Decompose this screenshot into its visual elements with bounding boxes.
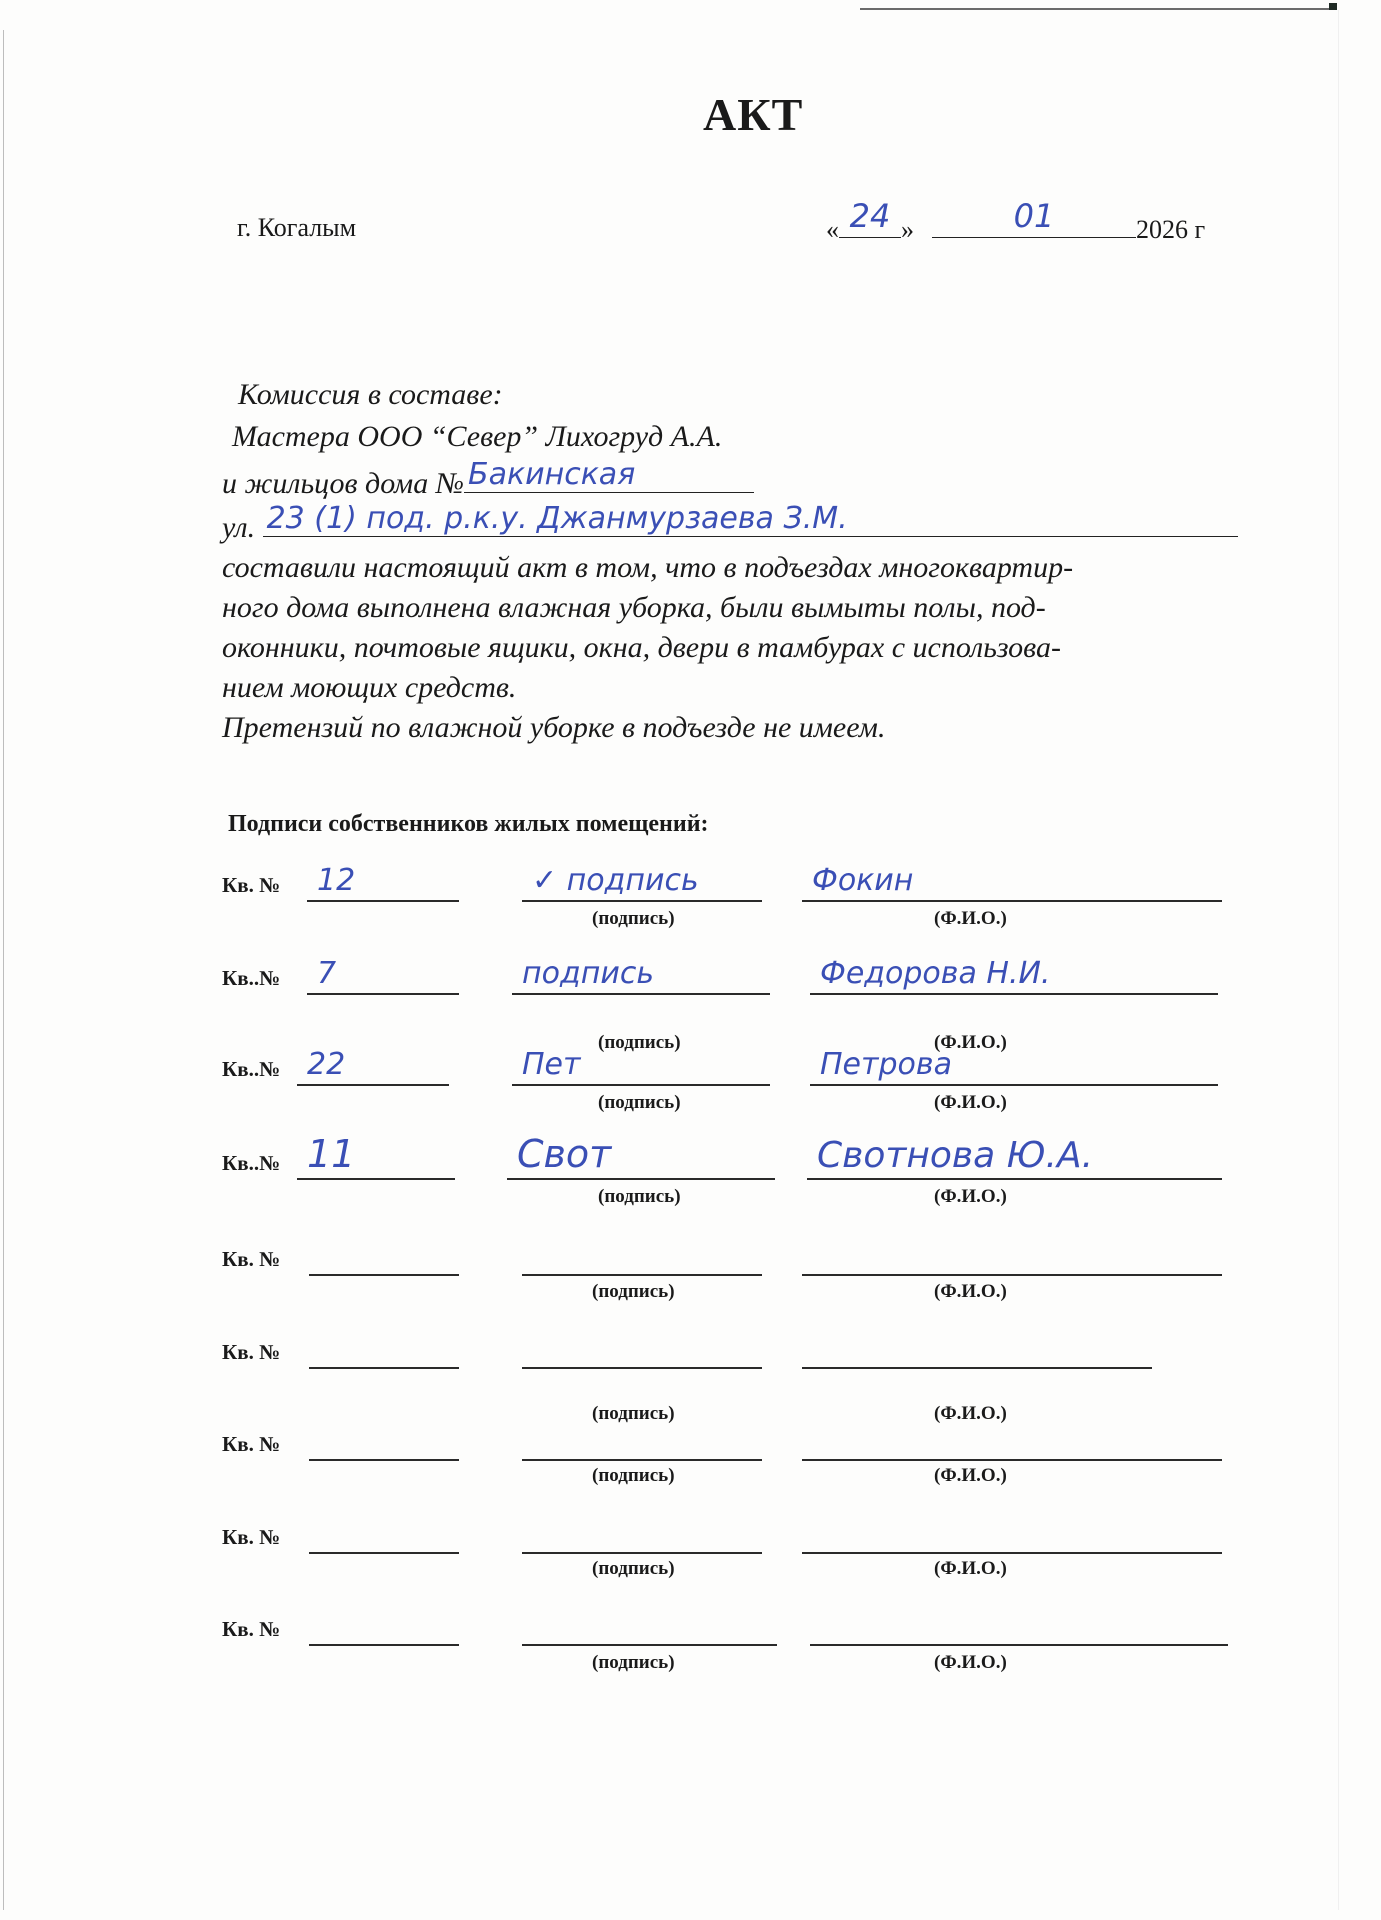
signature-row: Кв. № [222, 1514, 1252, 1554]
signature-caption: (подпись) [592, 1281, 675, 1303]
date-open-quote: « [826, 215, 839, 244]
signature-row: Кв. № [222, 1329, 1252, 1369]
commission-residents: и жильцов дома №Бакинская [222, 462, 754, 501]
name-field[interactable]: Петрова [810, 1046, 1218, 1086]
street-field[interactable]: 23 (1) под. р.к.у. Джанмурзаева З.М. [263, 506, 1238, 537]
signature-field[interactable] [522, 1421, 762, 1461]
signature-value: подпись [522, 956, 654, 991]
name-value: Федорова Н.И. [820, 956, 1050, 991]
name-field[interactable] [802, 1514, 1222, 1554]
name-caption: (Ф.И.О.) [934, 1652, 1007, 1674]
scan-top-edge [860, 8, 1330, 10]
name-value: Свотнова Ю.А. [817, 1135, 1093, 1176]
signature-row: Кв. № [222, 1421, 1252, 1461]
name-field[interactable]: Фокин [802, 862, 1222, 902]
body-line: оконники, почтовые ящики, окна, двери в … [222, 628, 1252, 668]
signature-row: Кв..№ 7 подпись Федорова Н.И. [222, 955, 1252, 995]
date-close-quote: » [901, 215, 914, 244]
date-day-field[interactable]: 24 [839, 213, 901, 238]
commission-master: Мастера ООО “Север” Лихогруд А.А. [232, 420, 722, 454]
house-field[interactable]: Бакинская [464, 462, 754, 493]
signature-caption: (подпись) [592, 1465, 675, 1487]
signature-row: Кв. № [222, 1606, 1252, 1646]
apartment-field[interactable] [309, 1236, 459, 1276]
residents-label: и жильцов дома № [222, 467, 464, 500]
signature-field[interactable] [522, 1329, 762, 1369]
apartment-label: Кв. № [222, 873, 280, 898]
date-year: 2026 г [1136, 215, 1205, 244]
signature-row: Кв. № [222, 1236, 1252, 1276]
apartment-value: 22 [307, 1047, 345, 1082]
house-value: Бакинская [468, 457, 635, 492]
signature-field[interactable]: подпись [512, 955, 770, 995]
body-line: составили настоящий акт в том, что в под… [222, 548, 1252, 588]
name-field[interactable] [802, 1421, 1222, 1461]
name-caption: (Ф.И.О.) [934, 1186, 1007, 1208]
document-title: АКТ [703, 88, 803, 141]
signature-row: Кв. № 12 ✓ подпись Фокин [222, 862, 1252, 902]
name-field[interactable] [810, 1606, 1228, 1646]
name-caption: (Ф.И.О.) [934, 908, 1007, 930]
apartment-label: Кв. № [222, 1247, 280, 1272]
signature-field[interactable] [522, 1514, 762, 1554]
signature-field[interactable]: Свот [507, 1140, 775, 1180]
scan-right-edge [1338, 10, 1339, 1910]
apartment-field[interactable] [309, 1514, 459, 1554]
name-caption: (Ф.И.О.) [934, 1281, 1007, 1303]
name-caption: (Ф.И.О.) [934, 1092, 1007, 1114]
apartment-field[interactable] [309, 1421, 459, 1461]
signature-value: Свот [517, 1132, 611, 1176]
signature-field[interactable]: ✓ подпись [522, 862, 762, 902]
apartment-label: Кв..№ [222, 1057, 280, 1082]
signature-caption: (подпись) [598, 1092, 681, 1114]
apartment-label: Кв..№ [222, 1151, 280, 1176]
street-value: 23 (1) под. р.к.у. Джанмурзаева З.М. [267, 501, 848, 536]
street-label: ул. [222, 511, 255, 544]
commission-street: ул. 23 (1) под. р.к.у. Джанмурзаева З.М. [222, 506, 1238, 545]
name-field[interactable] [802, 1329, 1152, 1369]
name-value: Фокин [812, 863, 913, 898]
signature-caption: (подпись) [592, 1558, 675, 1580]
apartment-label: Кв. № [222, 1340, 280, 1365]
body-line: нием моющих средств. [222, 668, 1252, 708]
apartment-label: Кв..№ [222, 966, 280, 991]
apartment-label: Кв. № [222, 1432, 280, 1457]
apartment-field[interactable] [309, 1329, 459, 1369]
signature-field[interactable] [522, 1236, 762, 1276]
signature-row: Кв..№ 22 Пет Петрова [222, 1046, 1252, 1086]
signature-value: Пет [522, 1047, 581, 1082]
city-label: г. Когалым [237, 213, 356, 243]
apartment-label: Кв. № [222, 1525, 280, 1550]
commission-heading: Комиссия в составе: [238, 378, 503, 412]
signature-caption: (подпись) [592, 908, 675, 930]
date-month-value: 01 [932, 197, 1136, 235]
apartment-field[interactable] [309, 1606, 459, 1646]
name-field[interactable]: Свотнова Ю.А. [807, 1140, 1222, 1180]
apartment-value: 12 [317, 863, 355, 898]
signature-caption: (подпись) [592, 1652, 675, 1674]
signature-row: Кв..№ 11 Свот Свотнова Ю.А. [222, 1140, 1252, 1180]
name-field[interactable] [802, 1236, 1222, 1276]
signature-value: ✓ подпись [532, 863, 699, 898]
name-field[interactable]: Федорова Н.И. [810, 955, 1218, 995]
signatures-heading: Подписи собственников жилых помещений: [228, 811, 709, 838]
document-date: «24»012026 г [826, 213, 1205, 245]
signature-field[interactable] [522, 1606, 777, 1646]
date-day-value: 24 [839, 197, 901, 235]
body-line: ного дома выполнена влажная уборка, были… [222, 588, 1252, 628]
signature-caption: (подпись) [598, 1186, 681, 1208]
apartment-value: 7 [317, 956, 336, 991]
signature-field[interactable]: Пет [512, 1046, 770, 1086]
act-body: составили настоящий акт в том, что в под… [222, 548, 1252, 748]
body-line: Претензий по влажной уборке в подъезде н… [222, 708, 1252, 748]
name-caption: (Ф.И.О.) [934, 1558, 1007, 1580]
date-month-field[interactable]: 01 [932, 213, 1136, 238]
apartment-field[interactable]: 22 [297, 1046, 449, 1086]
apartment-value: 11 [307, 1132, 355, 1176]
scan-left-edge [3, 30, 4, 1910]
name-caption: (Ф.И.О.) [934, 1465, 1007, 1487]
name-value: Петрова [820, 1047, 952, 1082]
apartment-field[interactable]: 11 [297, 1140, 455, 1180]
apartment-field[interactable]: 7 [307, 955, 459, 995]
apartment-field[interactable]: 12 [307, 862, 459, 902]
scan-corner-mark [1329, 3, 1337, 10]
apartment-label: Кв. № [222, 1617, 280, 1642]
